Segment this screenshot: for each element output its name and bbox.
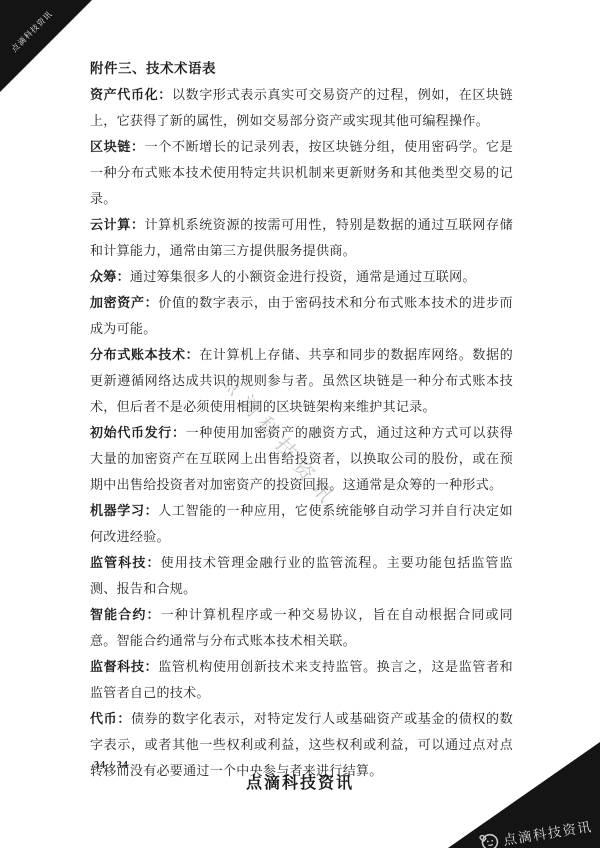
glossary-entry: 监督科技：监管机构使用创新技术来支持监管。换言之，这是监管者和监管者自己的技术。 xyxy=(90,654,513,706)
glossary-entry: 监管科技：使用技术管理金融行业的监管流程。主要功能包括监管监测、报告和合规。 xyxy=(90,550,513,602)
glossary-term: 监督科技： xyxy=(90,659,158,674)
glossary-entry: 众筹：通过筹集很多人的小额资金进行投资，通常是通过互联网。 xyxy=(90,264,513,290)
glossary-definition: 计算机系统资源的按需可用性，特别是数据的通过互联网存储和计算能力，通常由第三方提… xyxy=(90,217,513,258)
glossary-entry: 云计算：计算机系统资源的按需可用性，特别是数据的通过互联网存储和计算能力，通常由… xyxy=(90,212,513,264)
glossary-entry: 智能合约：一种计算机程序或一种交易协议，旨在自动根据合同或同意。智能合约通常与分… xyxy=(90,602,513,654)
glossary-entry: 初始代币发行：一种使用加密资产的融资方式，通过这种方式可以获得大量的加密资产在互… xyxy=(90,420,513,498)
glossary-entry: 机器学习：人工智能的一种应用，它使系统能够自动学习并自行决定如何改进经验。 xyxy=(90,498,513,550)
glossary-entry: 区块链：一个不断增长的记录列表，按区块链分组，使用密码学。它是一种分布式账本技术… xyxy=(90,134,513,212)
document-page: 点滴科技资讯 附件三、技术术语表 资产代币化：以数字形式表示真实可交易资产的过程… xyxy=(0,0,600,848)
glossary-term: 监管科技： xyxy=(90,555,161,570)
glossary-term: 机器学习： xyxy=(90,503,158,518)
droplet-logo-icon xyxy=(476,830,501,848)
glossary-term: 分布式账本技术： xyxy=(90,347,199,362)
glossary-term: 云计算： xyxy=(90,217,145,232)
footer-brand: 点滴科技资讯 xyxy=(0,770,600,793)
document-body: 附件三、技术术语表 资产代币化：以数字形式表示真实可交易资产的过程，例如，在区块… xyxy=(90,56,513,784)
glossary-entry: 资产代币化：以数字形式表示真实可交易资产的过程，例如，在区块链上，它获得了新的属… xyxy=(90,82,513,134)
glossary-term: 智能合约： xyxy=(90,607,161,622)
glossary-term: 资产代币化： xyxy=(90,87,172,102)
glossary-definition: 一个不断增长的记录列表，按区块链分组，使用密码学。它是一种分布式账本技术使用特定… xyxy=(90,139,513,206)
page-title: 附件三、技术术语表 xyxy=(90,56,513,82)
glossary-term: 代币： xyxy=(90,711,131,726)
glossary-definition: 债券的数字化表示，对特定发行人或基础资产或基金的债权的数字表示，或者其他一些权利… xyxy=(90,711,513,778)
glossary-entry: 分布式账本技术：在计算机上存储、共享和同步的数据库网络。数据的更新遵循网络达成共… xyxy=(90,342,513,420)
glossary-term: 初始代币发行： xyxy=(90,425,186,440)
glossary-definition: 通过筹集很多人的小额资金进行投资，通常是通过互联网。 xyxy=(130,269,476,284)
glossary-entry: 加密资产：价值的数字表示，由于密码技术和分布式账本技术的进步而成为可能。 xyxy=(90,290,513,342)
glossary-term: 区块链： xyxy=(90,139,145,154)
glossary-term: 众筹： xyxy=(90,269,130,284)
glossary-term: 加密资产： xyxy=(90,295,158,310)
glossary-list: 资产代币化：以数字形式表示真实可交易资产的过程，例如，在区块链上，它获得了新的属… xyxy=(90,82,513,784)
